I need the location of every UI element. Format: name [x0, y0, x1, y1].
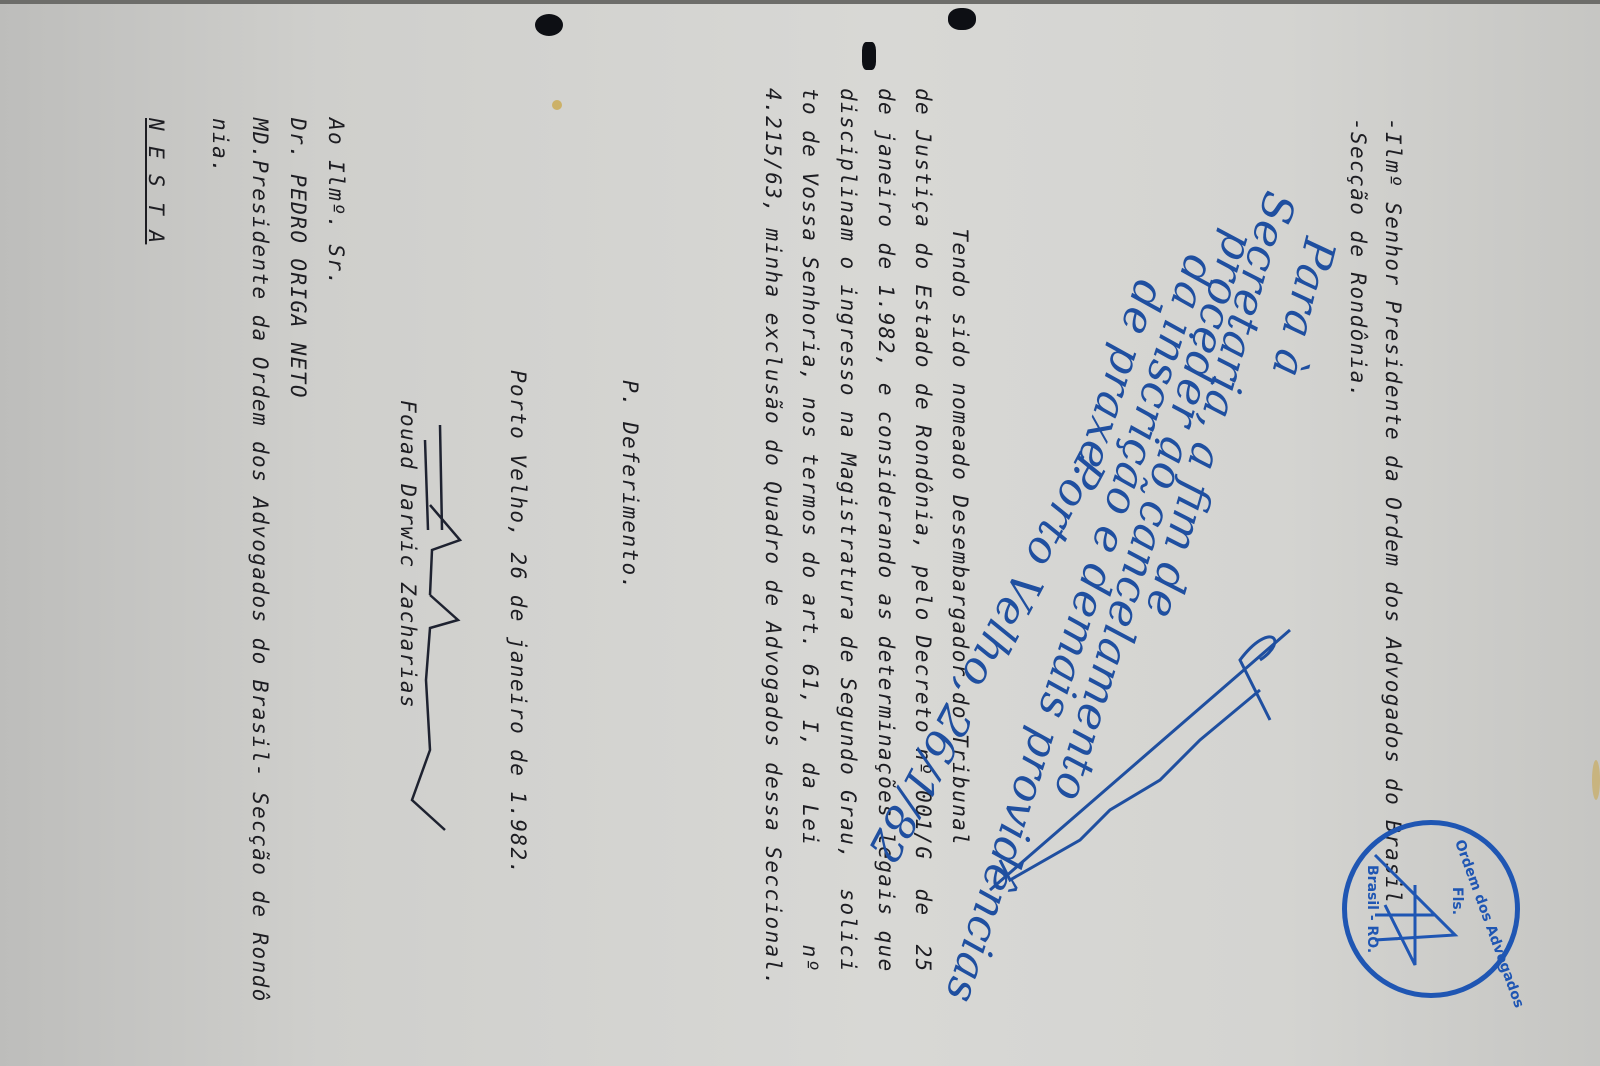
letter-page: -Ilmº Senhor Presidente da Ordem dos Adv… — [0, 0, 1600, 1066]
oab-stamp: Ordem dos Advogados Fls. Brasil - RO. — [1342, 820, 1520, 998]
handwritten-signature — [960, 620, 1300, 920]
document-photo: -Ilmº Senhor Presidente da Ordem dos Adv… — [0, 0, 1600, 1066]
stamp-signature — [1365, 845, 1465, 975]
